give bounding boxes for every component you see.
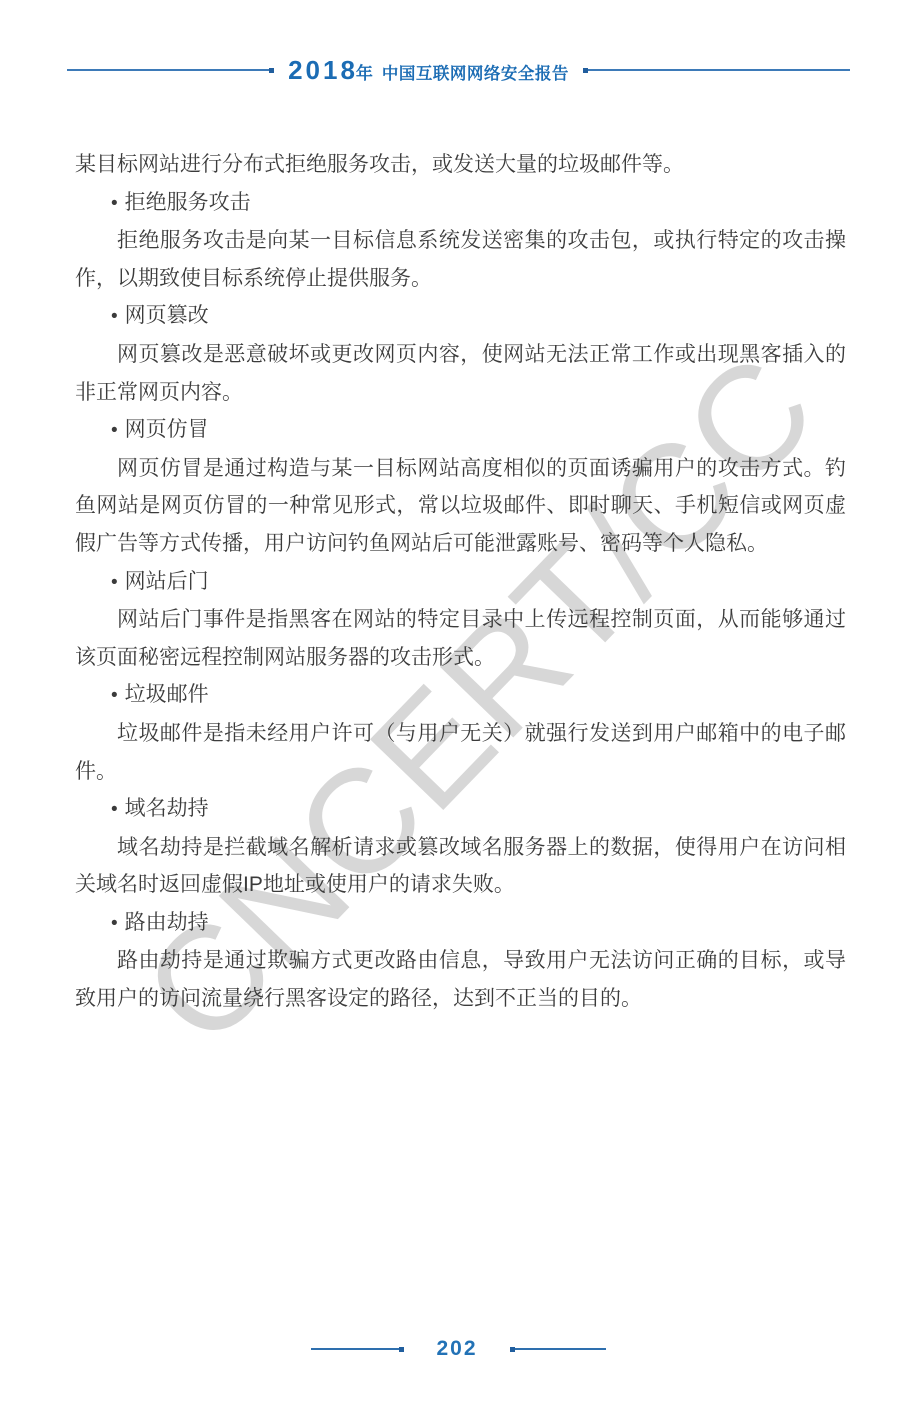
glossary-term-line: •垃圾邮件 [75, 676, 846, 715]
paragraph-continuation: 某目标网站进行分布式拒绝服务攻击，或发送大量的垃圾邮件等。 [75, 146, 846, 184]
glossary-term: 网页仿冒 [125, 418, 209, 441]
glossary-term-line: •网页篡改 [75, 297, 846, 336]
footer-left-rule [311, 1348, 403, 1350]
glossary-term-line: •拒绝服务攻击 [75, 184, 846, 223]
glossary-term: 网页篡改 [125, 304, 209, 327]
glossary-term: 路由劫持 [125, 911, 209, 934]
page-footer: 202 [0, 1336, 917, 1362]
glossary-term: 域名劫持 [125, 797, 209, 820]
bullet-icon: • [111, 564, 118, 602]
glossary-term-line: •网站后门 [75, 563, 846, 602]
footer-right-rule-dot [510, 1347, 515, 1352]
page-body: 某目标网站进行分布式拒绝服务攻击，或发送大量的垃圾邮件等。 •拒绝服务攻击 拒绝… [75, 146, 846, 1018]
page-header: 2018年 中国互联网网络安全报告 [0, 56, 917, 84]
header-title: 2018年 中国互联网网络安全报告 [288, 55, 569, 86]
header-left-rule-dot [269, 68, 274, 73]
page-number: 202 [436, 1337, 477, 1361]
glossary-definition: 网页篡改是恶意破坏或更改网页内容，使网站无法正常工作或出现黑客插入的非正常网页内… [75, 336, 846, 411]
glossary-term: 垃圾邮件 [125, 683, 209, 706]
glossary-term: 拒绝服务攻击 [125, 191, 251, 214]
glossary-term-line: •域名劫持 [75, 790, 846, 829]
glossary-definition: 拒绝服务攻击是向某一目标信息系统发送密集的攻击包，或执行特定的攻击操作，以期致使… [75, 222, 846, 297]
glossary-term: 网站后门 [125, 570, 209, 593]
bullet-icon: • [111, 185, 118, 223]
glossary-definition: 网站后门事件是指黑客在网站的特定目录中上传远程控制页面，从而能够通过该页面秘密远… [75, 601, 846, 676]
report-page: 2018年 中国互联网网络安全报告 CNCERT/CC 某目标网站进行分布式拒绝… [0, 0, 917, 1406]
glossary-term-line: •网页仿冒 [75, 411, 846, 450]
header-report-title: 中国互联网网络安全报告 [382, 60, 569, 84]
header-left-rule [67, 69, 273, 71]
header-year-digits: 2018 [288, 55, 358, 85]
header-year-suffix: 年 [356, 64, 373, 83]
glossary-definition: 路由劫持是通过欺骗方式更改路由信息，导致用户无法访问正确的目标，或导致用户的访问… [75, 942, 846, 1017]
header-right-rule-dot [583, 68, 588, 73]
glossary-sections: •拒绝服务攻击 拒绝服务攻击是向某一目标信息系统发送密集的攻击包，或执行特定的攻… [75, 184, 846, 1018]
bullet-icon: • [111, 677, 118, 715]
header-year: 2018年 [288, 55, 373, 86]
glossary-definition: 网页仿冒是通过构造与某一目标网站高度相似的页面诱骗用户的攻击方式。钓鱼网站是网页… [75, 450, 846, 563]
footer-left-rule-dot [399, 1347, 404, 1352]
header-right-rule [584, 69, 850, 71]
bullet-icon: • [111, 905, 118, 943]
footer-right-rule [511, 1348, 606, 1350]
bullet-icon: • [111, 791, 118, 829]
bullet-icon: • [111, 412, 118, 450]
bullet-icon: • [111, 298, 118, 336]
glossary-definition: 垃圾邮件是指未经用户许可（与用户无关）就强行发送到用户邮箱中的电子邮件。 [75, 715, 846, 790]
glossary-definition: 域名劫持是拦截域名解析请求或篡改域名服务器上的数据，使得用户在访问相关域名时返回… [75, 829, 846, 904]
glossary-term-line: •路由劫持 [75, 904, 846, 943]
